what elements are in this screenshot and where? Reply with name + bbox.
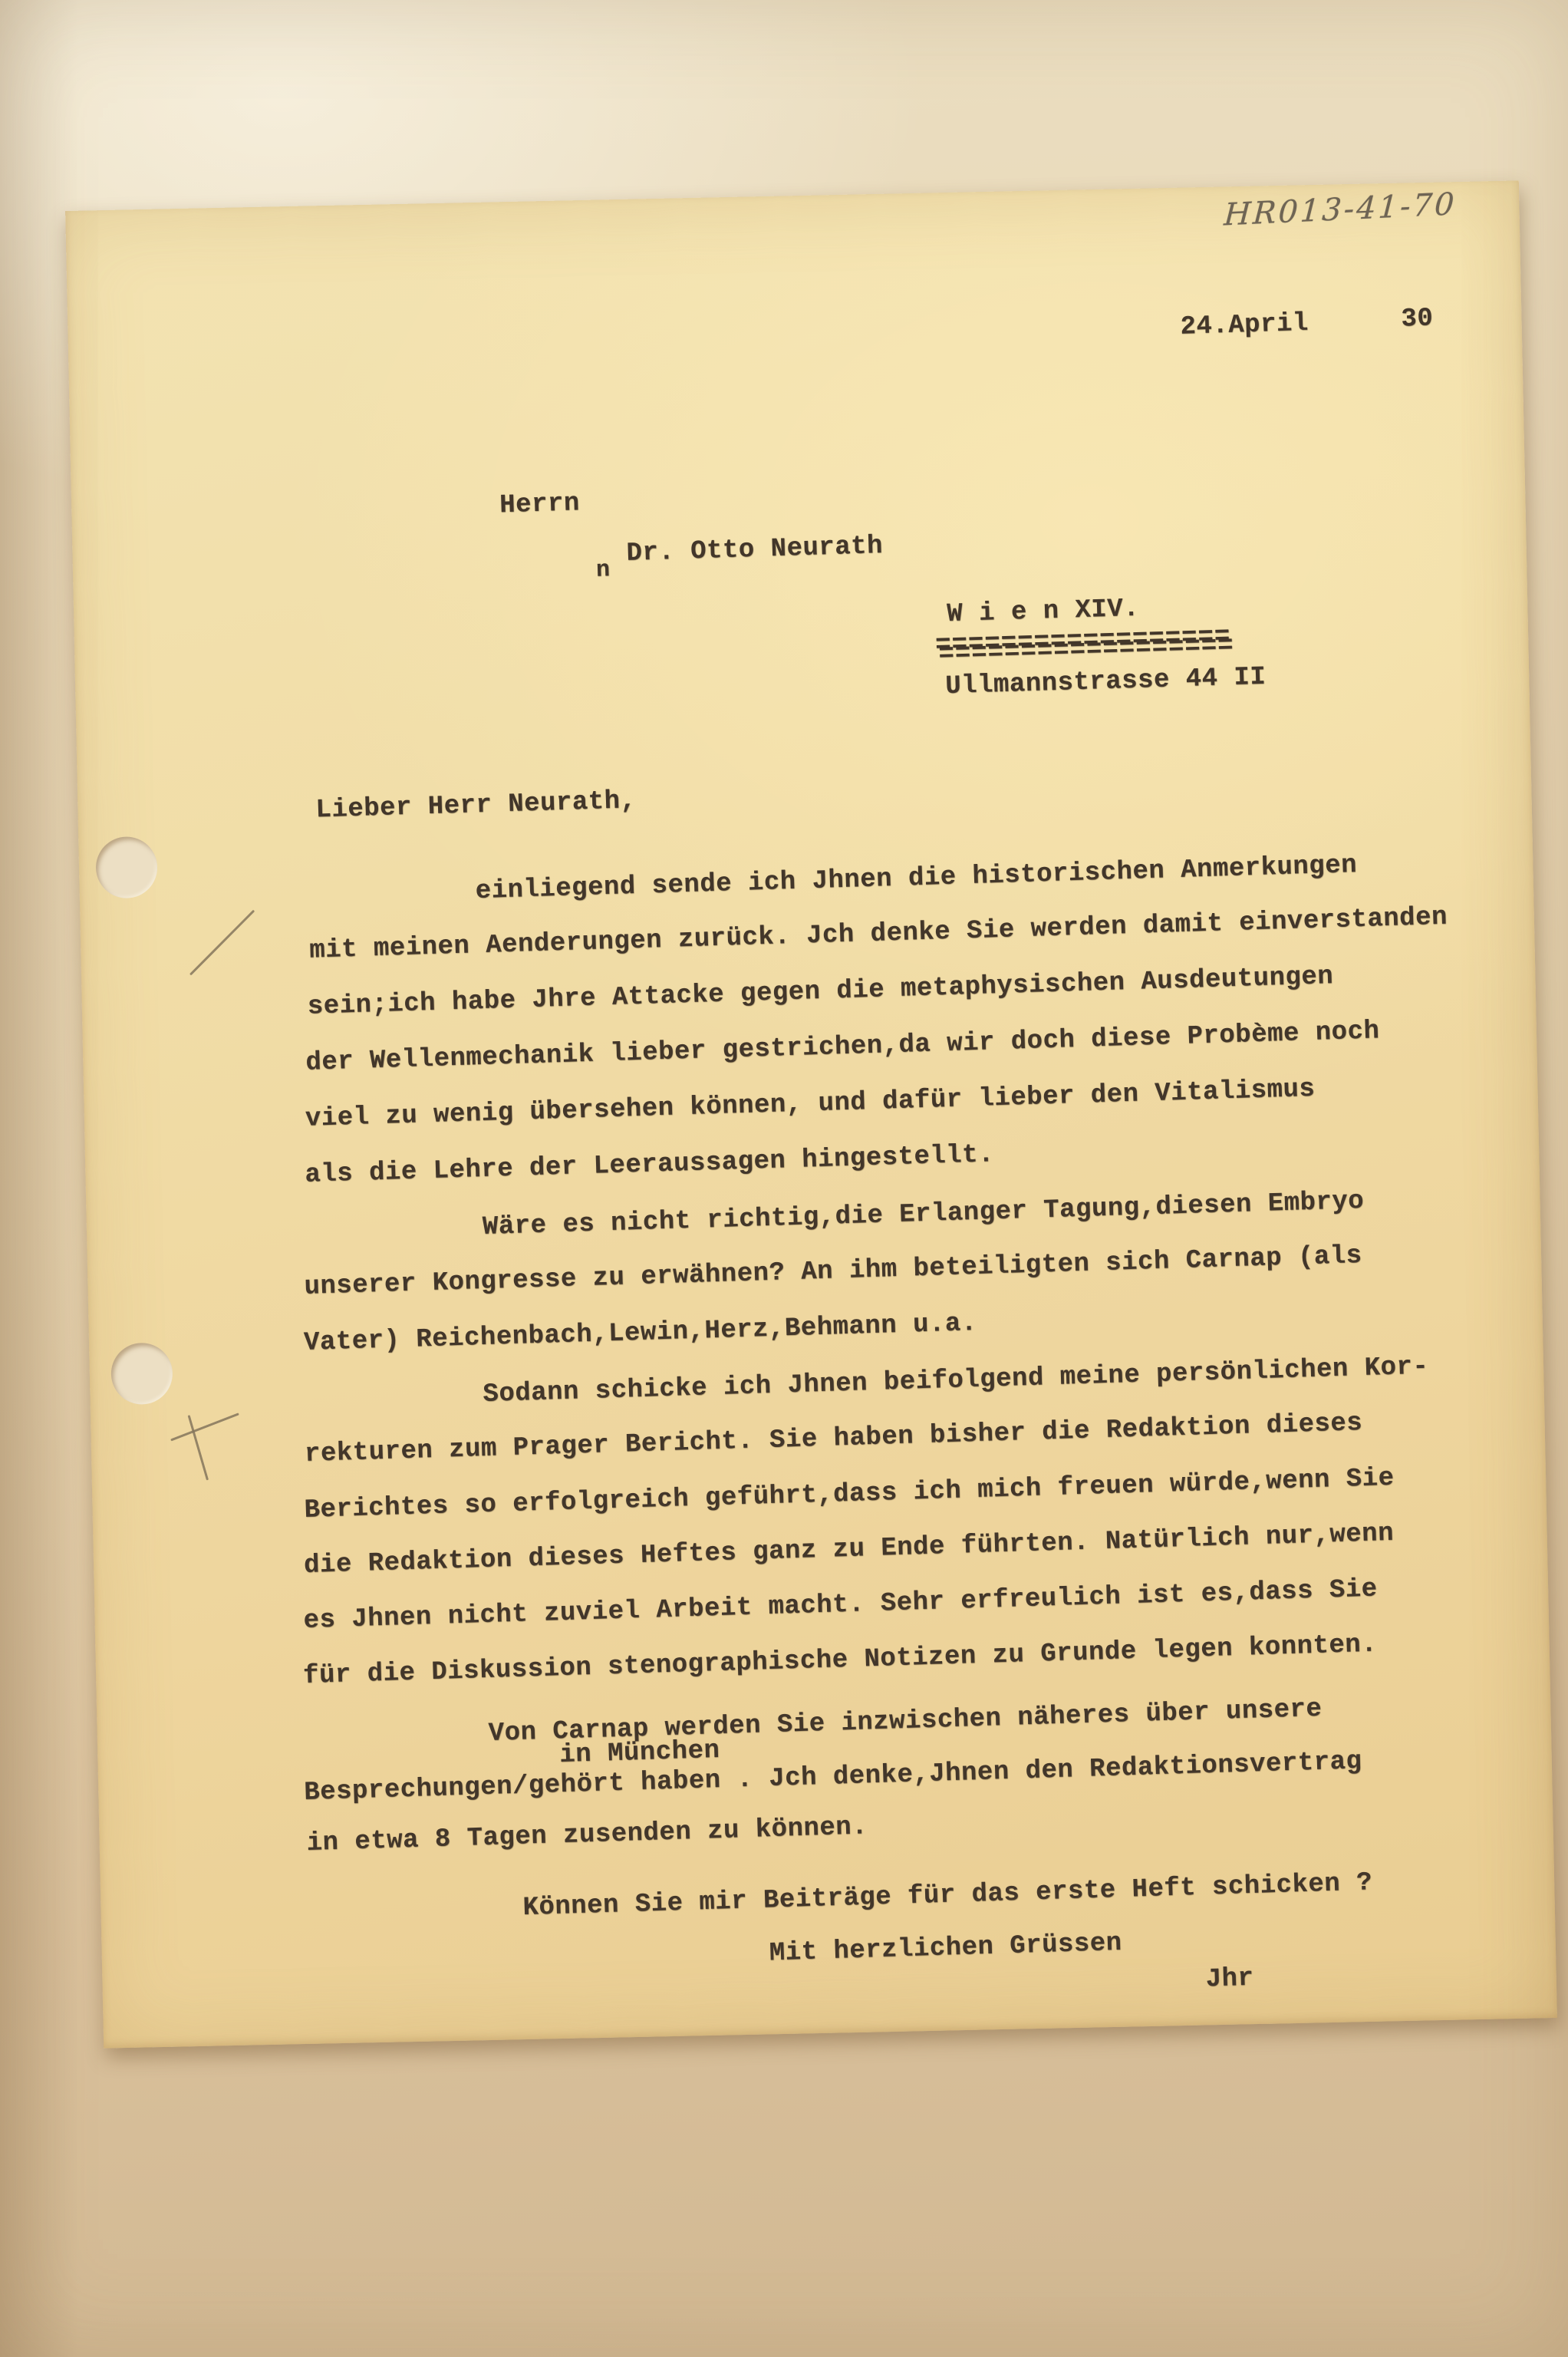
pencil-slash-mark xyxy=(189,910,255,976)
body-line: sein;ich habe Jhre Attacke gegen die met… xyxy=(307,962,1333,1022)
body-line: Berichtes so erfolgreich geführt,dass ic… xyxy=(304,1464,1395,1525)
body-line-insertion: in München xyxy=(559,1736,720,1770)
body-line: mit meinen Aenderungen zurück. Jch denke… xyxy=(309,903,1448,966)
recipient-herrn: Herrn xyxy=(499,489,581,520)
body-line: Wäre es nicht richtig,die Erlanger Tagun… xyxy=(482,1187,1364,1242)
closing-text: Mit herzlichen Grüssen xyxy=(769,1929,1122,1969)
body-line: Können Sie mir Beiträge für das erste He… xyxy=(522,1868,1373,1923)
body-line: Besprechungen/gehört haben . Jch denke,J… xyxy=(304,1747,1362,1808)
city-underline-row2: ================== xyxy=(938,641,1234,659)
body-line: es Jhnen nicht zuviel Arbeit macht. Sehr… xyxy=(303,1574,1378,1636)
body-line: für die Diskussion stenographische Notiz… xyxy=(303,1630,1378,1691)
recipient-name-prefix: n xyxy=(596,557,611,584)
body-line: Sodann schicke ich Jhnen beifolgend mein… xyxy=(483,1352,1429,1409)
punch-hole-bottom xyxy=(110,1343,173,1406)
letter-sheet: HR013-41-70 24.April 30 Herrn n Dr. Otto… xyxy=(65,180,1557,2048)
punch-hole-top xyxy=(95,836,158,899)
signature-text: Jhr xyxy=(1205,1964,1254,1995)
body-line: unserer Kongresse zu erwähnen? An ihm be… xyxy=(304,1241,1362,1302)
recipient-city: W i e n XIV. xyxy=(947,595,1140,629)
body-line: die Redaktion dieses Heftes ganz zu Ende… xyxy=(304,1519,1395,1581)
photograph-background: HR013-41-70 24.April 30 Herrn n Dr. Otto… xyxy=(0,0,1568,2357)
body-line: als die Lehre der Leeraussagen hingestel… xyxy=(305,1140,995,1190)
greeting-text: Lieber Herr Neurath, xyxy=(315,786,637,825)
body-line: einliegend sende ich Jhnen die historisc… xyxy=(475,851,1357,906)
body-line: rekturen zum Prager Bericht. Sie haben b… xyxy=(305,1409,1363,1469)
pencil-x-mark-stroke1 xyxy=(170,1413,239,1441)
body-line: Vater) Reichenbach,Lewin,Herz,Behmann u.… xyxy=(304,1309,978,1358)
date-text: 24.April xyxy=(1180,309,1309,342)
body-line: viel zu wenig übersehen können, und dafü… xyxy=(305,1075,1315,1134)
body-line: der Wellenmechanik lieber gestrichen,da … xyxy=(305,1017,1380,1078)
body-line: in etwa 8 Tagen zusenden zu können. xyxy=(306,1812,868,1858)
recipient-street: Ullmannstrasse 44 II xyxy=(945,663,1267,701)
archive-mark-handwriting: HR013-41-70 xyxy=(1223,186,1458,232)
recipient-name: Dr. Otto Neurath xyxy=(626,532,883,569)
date-year-text: 30 xyxy=(1401,304,1434,334)
